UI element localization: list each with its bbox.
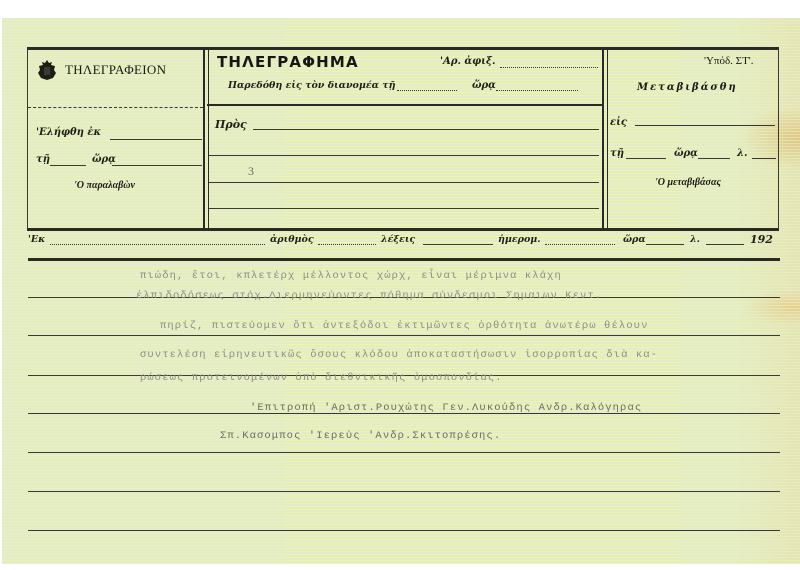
date-label: ἡμερομ. [498,234,541,245]
forward-hour-field[interactable] [698,158,730,159]
header-row-divider [28,258,780,261]
address-line-2[interactable] [209,182,599,183]
arrival-number-field[interactable] [500,67,598,68]
address-value: 3 [248,164,254,179]
ruled-line [28,491,780,492]
date-field[interactable] [545,244,615,245]
received-day-field[interactable] [50,165,86,166]
received-from-field[interactable] [110,139,202,140]
message-line: ρώσεως προτεινομένων ὑπὸ διεθνικικῆς ὁμο… [140,372,503,384]
ruled-line [28,452,780,453]
message-line: ἐλπιδοδόσεως στόχ.Διερμηνεύοντες πόθημα … [136,290,602,302]
divider [28,107,203,108]
arrival-number-label: 'Αρ. ἀφιξ. [440,56,495,67]
forward-minute-label: λ. [737,148,748,159]
number-field[interactable] [318,244,376,245]
hour-field[interactable] [646,244,684,245]
message-line: συντελέση εἰρηνευτικῶς ὅσους κλόδου ἀποκ… [140,349,658,361]
delivered-label: Παρεδόθη εἰς τὸν διανομέα τῇ [228,80,396,91]
number-label: ἀριθμὸς [270,234,314,245]
from-field[interactable] [50,244,265,245]
message-line: πιώδη, ἔτοι, κπλετέρχ μέλλοντος χώρχ, εἶ… [140,270,562,282]
forward-hour-label: ὥρᾳ [674,148,698,159]
office-title: ΤΗΛΕΓΡΑΦΕΙΟΝ [65,62,166,78]
receiver-label: 'Ο παραλαβὼν [74,180,135,191]
forwarded-label: Μεταβιβάσθη [637,82,738,93]
minute-field[interactable] [706,244,744,245]
words-field[interactable] [423,244,493,245]
ruled-line [28,335,780,336]
received-from-label: 'Ελήφθη ἐκ [36,127,101,138]
signatures-line: 'Επιτροπή 'Αριστ.Ρουχώτης Γεν.Λυκούδης Α… [250,402,642,414]
address-line-1[interactable] [209,155,599,156]
hour-label: ὥρα [623,234,646,245]
received-day-label: τῇ [36,154,50,165]
form-code: 'Υπόδ. ΣΤ'. [704,55,754,67]
message-line: πηρίζ, πιστεύομεν ὅτι ἀντεξόδοι ἐκτιμῶντ… [160,320,648,332]
forwarder-label: 'Ο μεταβιβάσας [655,177,721,188]
column-divider-right [602,47,608,228]
delivered-day-field[interactable] [397,90,457,91]
signatures-line: Σπ.Κασομπος 'Ιερεύς 'Ανδρ.Σκιτοπρέσης. [220,430,501,442]
royal-crest-icon [37,59,57,81]
minute-label: λ. [690,234,700,245]
forward-day-label: τῇ [610,148,624,159]
forward-day-field[interactable] [626,158,666,159]
forward-to-field[interactable] [635,125,775,126]
forward-minute-field[interactable] [752,158,776,159]
words-label: λέξεις [381,234,415,245]
ruled-line [28,530,780,531]
column-divider-left [203,47,209,228]
address-line-3[interactable] [209,208,599,209]
to-label: Πρὸς [215,118,247,131]
center-divider [207,104,602,106]
year-label: 192 [750,233,773,246]
forward-to-label: εἰς [610,117,627,128]
received-hour-field[interactable] [112,165,202,166]
document-title: ΤΗΛΕΓΡΑΦΗΜΑ [217,53,359,71]
delivered-hour-field[interactable] [496,90,578,91]
delivered-hour-label: ὥρᾳ [472,80,496,91]
from-label: 'Εκ [28,234,45,245]
to-field[interactable] [253,129,599,130]
received-hour-label: ὥρᾳ [92,154,116,165]
